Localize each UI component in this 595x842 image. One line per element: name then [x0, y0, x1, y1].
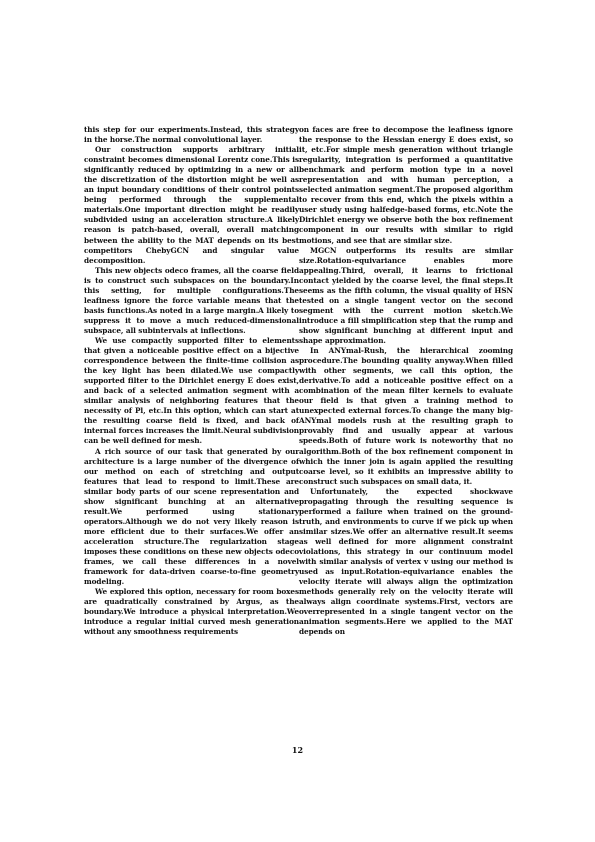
paper-page: this step for our experiments.Instead, t…	[0, 0, 595, 842]
paragraph: this step for our experiments.Instead, t…	[84, 125, 299, 145]
paragraph: We use compactly supported filter to ele…	[84, 336, 299, 447]
paragraph: MGCN outperforms its results are similar…	[299, 246, 513, 346]
paragraph: A rich source of our task that generated…	[84, 447, 299, 588]
paragraph: Our construction supports arbitrary init…	[84, 145, 299, 266]
page-number: 12	[0, 745, 595, 755]
paragraph: This new objects odeco frames, all the c…	[84, 266, 299, 336]
right-column: on faces are free to decompose the leafi…	[299, 125, 513, 637]
paragraph: We explored this option, necessary for r…	[84, 587, 299, 637]
left-column: this step for our experiments.Instead, t…	[84, 125, 299, 637]
paragraph: In ANYmal-Rush, the hierarchical zooming…	[299, 346, 513, 487]
paragraph: Unfortunately, the expected shockwave pr…	[299, 487, 513, 638]
paragraph: on faces are free to decompose the leafi…	[299, 125, 513, 246]
